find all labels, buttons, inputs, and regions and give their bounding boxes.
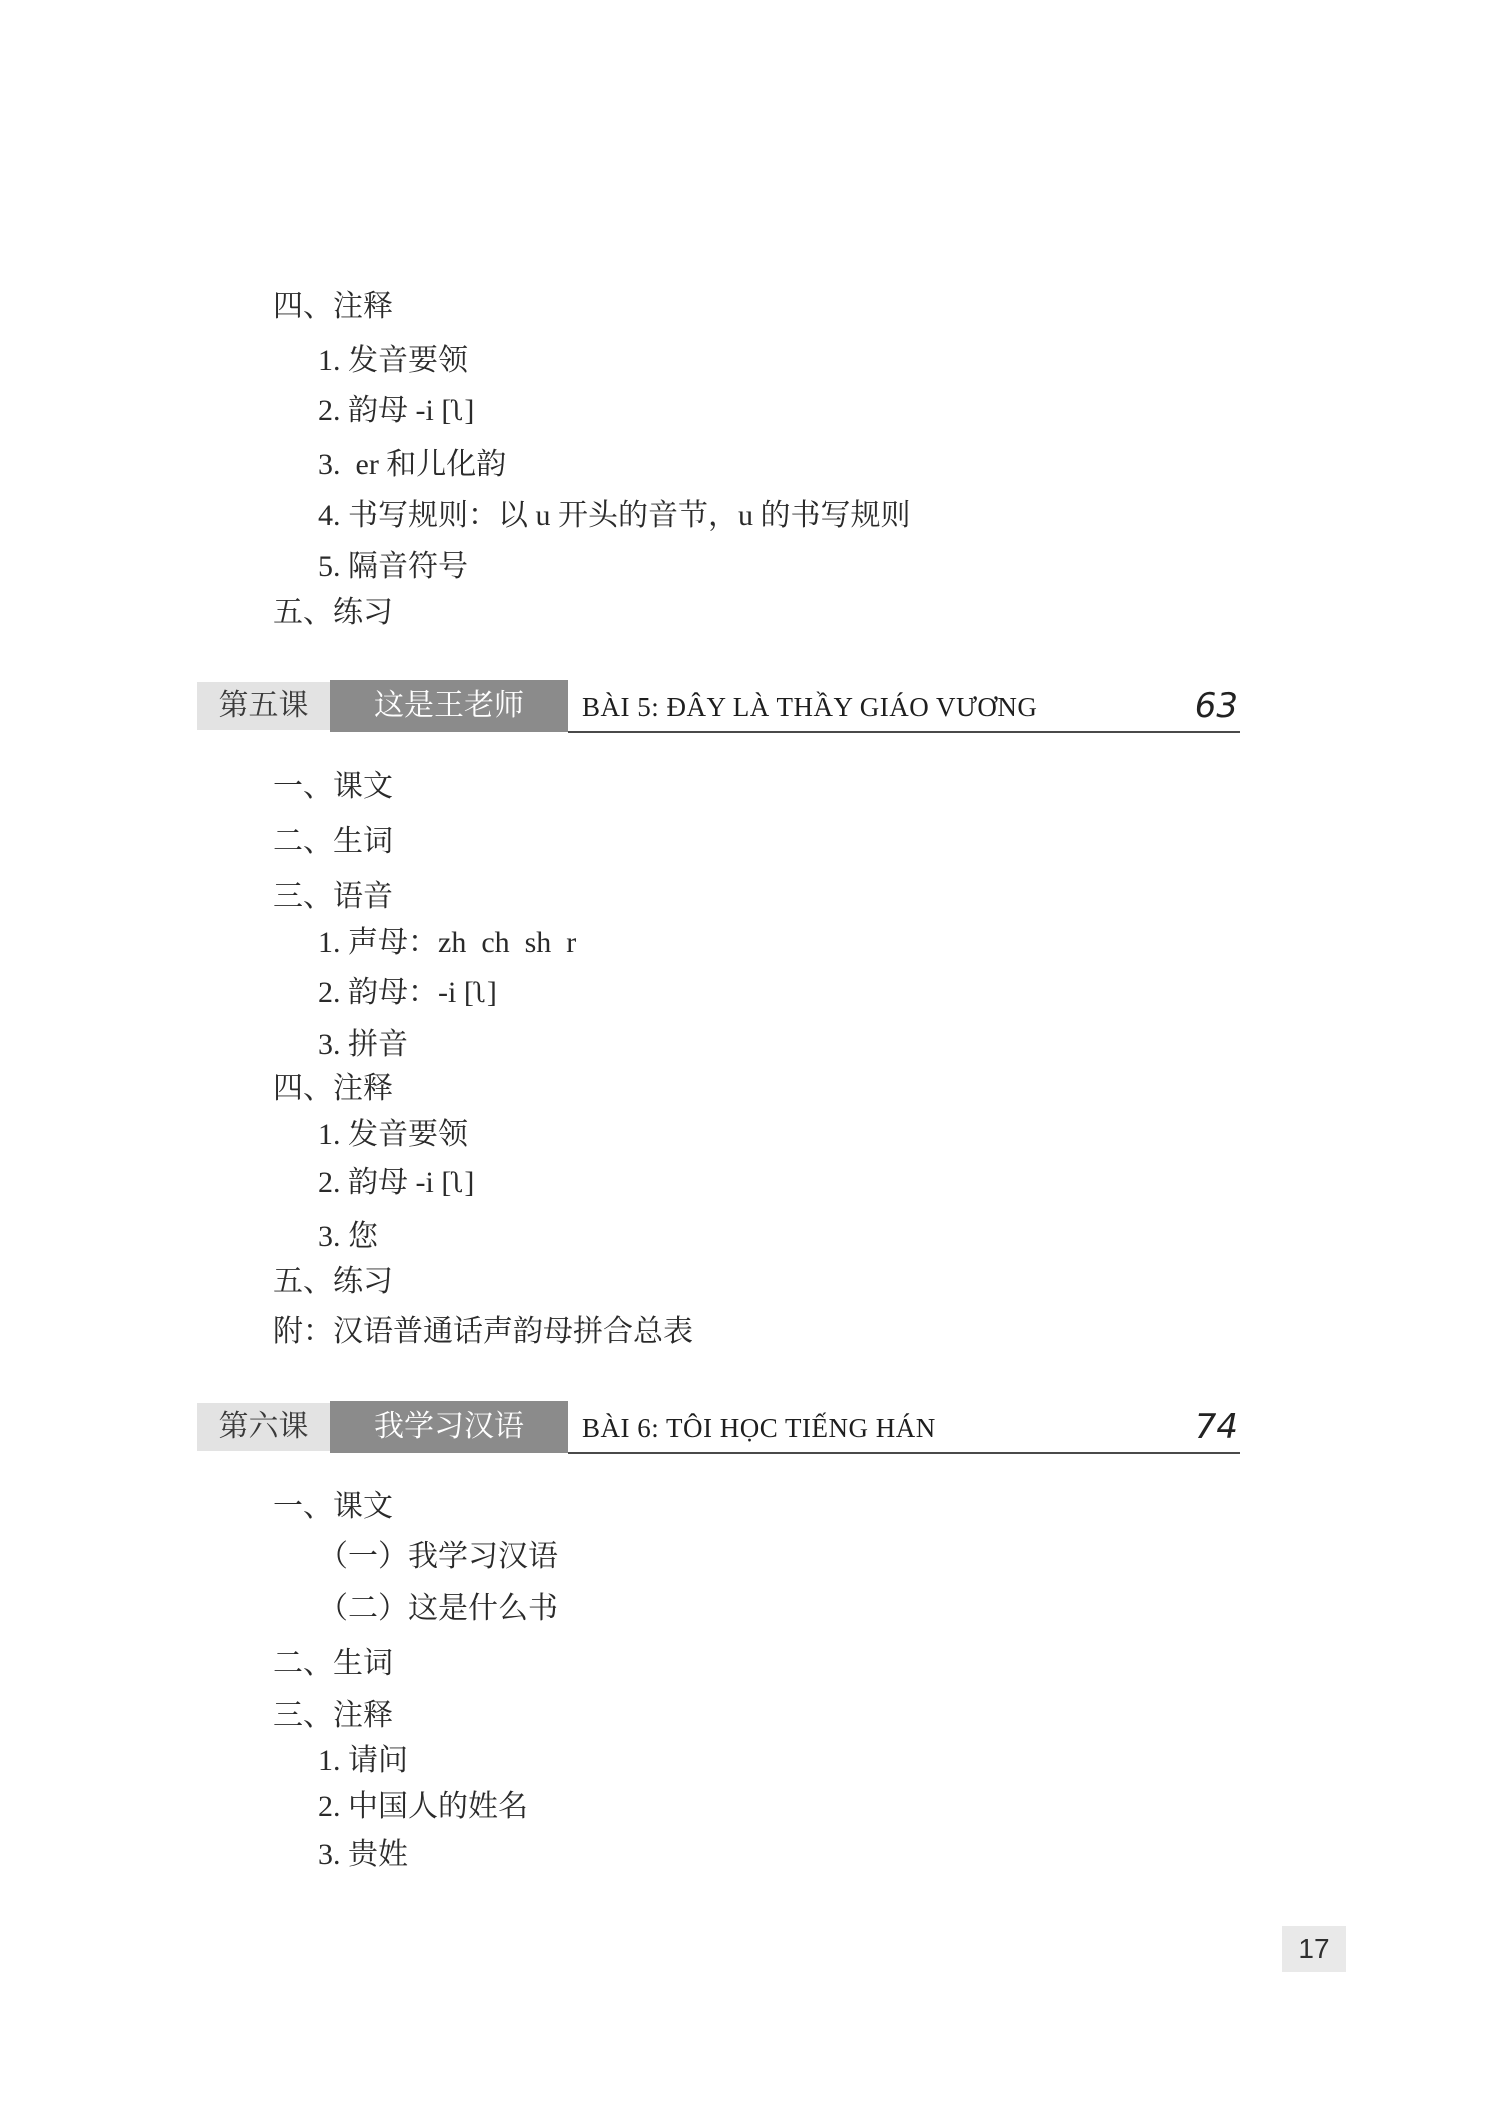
toc-row: 二、生词 xyxy=(273,1645,393,1683)
page-number-box: 17 xyxy=(1282,1926,1346,1972)
toc-row: 3. er 和儿化韵 xyxy=(318,446,506,484)
toc-row: 3. 拼音 xyxy=(318,1026,408,1064)
lesson-6-header-rule xyxy=(568,1452,1240,1454)
toc-row: 2. 中国人的姓名 xyxy=(318,1788,528,1826)
lesson-5-subtitle: BÀI 5: ĐÂY LÀ THẦY GIÁO VƯƠNG xyxy=(582,682,1037,730)
toc-row: 3. 贵姓 xyxy=(318,1836,408,1874)
lesson-6-header: 第六课 我学习汉语 BÀI 6: TÔI HỌC TIẾNG HÁN 74 xyxy=(197,1403,1240,1451)
lesson-5-tag: 第五课 xyxy=(197,682,330,730)
toc-row: 1. 发音要领 xyxy=(318,342,468,380)
toc-row: 5. 隔音符号 xyxy=(318,548,468,586)
lesson-6-page-number: 74 xyxy=(1195,1407,1238,1447)
toc-row: （二）这是什么书 xyxy=(318,1590,558,1628)
toc-row: 一、课文 xyxy=(273,1488,393,1526)
toc-row: 四、注释 xyxy=(273,288,393,326)
toc-row: 2. 韵母 -i [ʅ] xyxy=(318,1164,474,1202)
lesson-5-header: 第五课 这是王老师 BÀI 5: ĐÂY LÀ THẦY GIÁO VƯƠNG … xyxy=(197,682,1240,730)
toc-row: 1. 声母：zh ch sh r xyxy=(318,924,576,962)
lesson-6-title: 我学习汉语 xyxy=(330,1401,568,1453)
toc-row: 五、练习 xyxy=(273,1263,393,1301)
lesson-5-header-rule xyxy=(568,731,1240,733)
toc-row: 附：汉语普通话声韵母拼合总表 xyxy=(273,1313,693,1351)
lesson-5-page-number: 63 xyxy=(1195,686,1238,726)
toc-row: 一、课文 xyxy=(273,768,393,806)
toc-row: 3. 您 xyxy=(318,1218,378,1256)
toc-row: 四、注释 xyxy=(273,1070,393,1108)
toc-row: （一）我学习汉语 xyxy=(318,1538,558,1576)
toc-row: 4. 书写规则：以 u 开头的音节，u 的书写规则 xyxy=(318,497,911,535)
toc-row: 2. 韵母 -i [ʅ] xyxy=(318,392,474,430)
toc-row: 二、生词 xyxy=(273,823,393,861)
toc-row: 五、练习 xyxy=(273,594,393,632)
lesson-5-title: 这是王老师 xyxy=(330,680,568,732)
lesson-6-subtitle: BÀI 6: TÔI HỌC TIẾNG HÁN xyxy=(582,1403,936,1451)
toc-row: 1. 发音要领 xyxy=(318,1116,468,1154)
toc-row: 三、注释 xyxy=(273,1697,393,1735)
toc-row: 2. 韵母：-i [ʅ] xyxy=(318,974,497,1012)
lesson-6-tag: 第六课 xyxy=(197,1403,330,1451)
toc-row: 1. 请问 xyxy=(318,1742,408,1780)
toc-page: 四、注释 1. 发音要领 2. 韵母 -i [ʅ] 3. er 和儿化韵 4. … xyxy=(0,0,1512,2119)
toc-row: 三、语音 xyxy=(273,878,393,916)
